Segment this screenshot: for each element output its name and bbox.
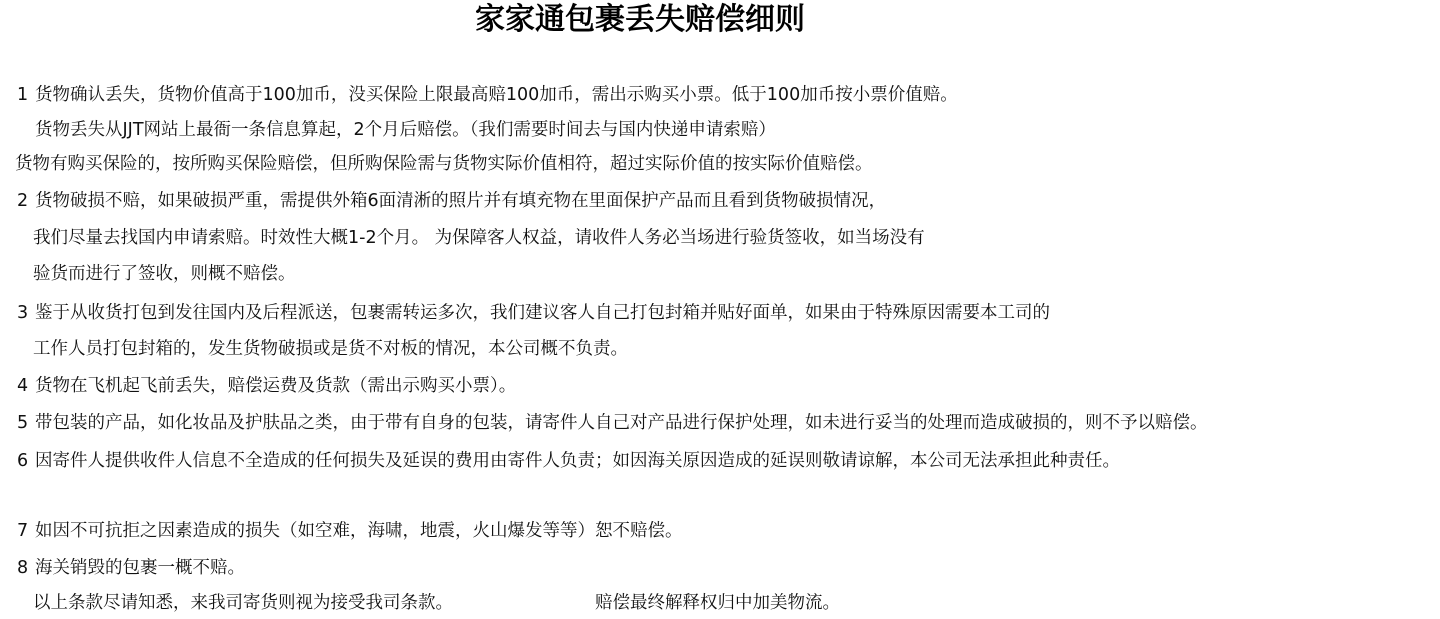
clause-number: 3 <box>17 301 35 325</box>
clause-1-line-1: 1货物确认丢失，货物价值高于100加币，没买保险上限最高赔100加币，需出示购买… <box>17 83 958 107</box>
clause-2-line-3: 验货而进行了签收，则概不赔偿。 <box>33 262 296 286</box>
page-title: 家家通包裹丢失赔偿细则 <box>0 0 1280 40</box>
clause-1-line-2: 货物丢失从JJT网站上最衙一条信息算起，2个月后赔偿。（我们需要时间去与国内快递… <box>35 118 776 142</box>
clause-1-line-3: 货物有购买保险的，按所购买保险赔偿，但所购保险需与货物实际价值相符，超过实际价值… <box>15 152 873 176</box>
clause-4: 4货物在飞机起飞前丢失，赔偿运费及货款（需出示购买小票）。 <box>17 374 516 398</box>
clause-text: 工作人员打包封箱的，发生货物破损或是货不对板的情况，本公司概不负责。 <box>33 339 628 359</box>
clause-3-line-1: 3鉴于从收货打包到发往国内及后程派送，包裹需转运多次，我们建议客人自己打包封箱并… <box>17 301 1050 325</box>
clause-text: 因寄件人提供收件人信息不全造成的任何损失及延误的费用由寄件人负责；如因海关原因造… <box>35 451 1120 471</box>
clause-5: 5带包装的产品，如化妆品及护肤品之类，由于带有自身的包装，请寄件人自己对产品进行… <box>17 411 1208 435</box>
clause-text: 如因不可抗拒之因素造成的损失（如空难，海啸，地震，火山爆发等等）恕不赔偿。 <box>35 521 683 541</box>
clause-2-line-2: 我们尽量去找国内申请索赔。时效性大概1-2个月。 为保障客人权益，请收件人务必当… <box>33 226 925 250</box>
clause-text: 货物破损不赔，如果破损严重，需提供外箱6面清淅的照片并有填充物在里面保护产品而且… <box>35 191 886 211</box>
clause-text: 我们尽量去找国内申请索赔。时效性大概1-2个月。 为保障客人权益，请收件人务必当… <box>33 228 925 248</box>
clause-number: 1 <box>17 83 35 107</box>
clause-number: 2 <box>17 189 35 213</box>
clause-text: 验货而进行了签收，则概不赔偿。 <box>33 264 296 284</box>
clause-6: 6因寄件人提供收件人信息不全造成的任何损失及延误的费用由寄件人负责；如因海关原因… <box>17 449 1120 473</box>
clause-text: 货物在飞机起飞前丢失，赔偿运费及货款（需出示购买小票）。 <box>35 376 516 396</box>
clause-3-line-2: 工作人员打包封箱的，发生货物破损或是货不对板的情况，本公司概不负责。 <box>33 337 628 361</box>
clause-text: 带包装的产品，如化妆品及护肤品之类，由于带有自身的包装，请寄件人自己对产品进行保… <box>35 413 1208 433</box>
footer-interpretation: 赔偿最终解释权归中加美物流。 <box>595 591 840 615</box>
clause-text: 货物丢失从JJT网站上最衙一条信息算起，2个月后赔偿。（我们需要时间去与国内快递… <box>35 120 776 140</box>
clause-2-line-1: 2货物破损不赔，如果破损严重，需提供外箱6面清淅的照片并有填充物在里面保护产品而… <box>17 189 886 213</box>
clause-8: 8海关销毁的包裹一概不赔。 <box>17 556 245 580</box>
clause-number: 7 <box>17 519 35 543</box>
clause-text: 货物有购买保险的，按所购买保险赔偿，但所购保险需与货物实际价值相符，超过实际价值… <box>15 154 873 174</box>
clause-number: 8 <box>17 556 35 580</box>
clause-number: 4 <box>17 374 35 398</box>
clause-7: 7如因不可抗拒之因素造成的损失（如空难，海啸，地震，火山爆发等等）恕不赔偿。 <box>17 519 683 543</box>
clause-text: 海关销毁的包裹一概不赔。 <box>35 558 245 578</box>
clause-text: 鉴于从收货打包到发往国内及后程派送，包裹需转运多次，我们建议客人自己打包封箱并贴… <box>35 303 1050 323</box>
clause-text: 货物确认丢失，货物价值高于100加币，没买保险上限最高赔100加币，需出示购买小… <box>35 85 958 105</box>
footer-notice: 以上条款尽请知悉，来我司寄货则视为接受我司条款。 <box>33 591 453 615</box>
clause-number: 6 <box>17 449 35 473</box>
clause-number: 5 <box>17 411 35 435</box>
